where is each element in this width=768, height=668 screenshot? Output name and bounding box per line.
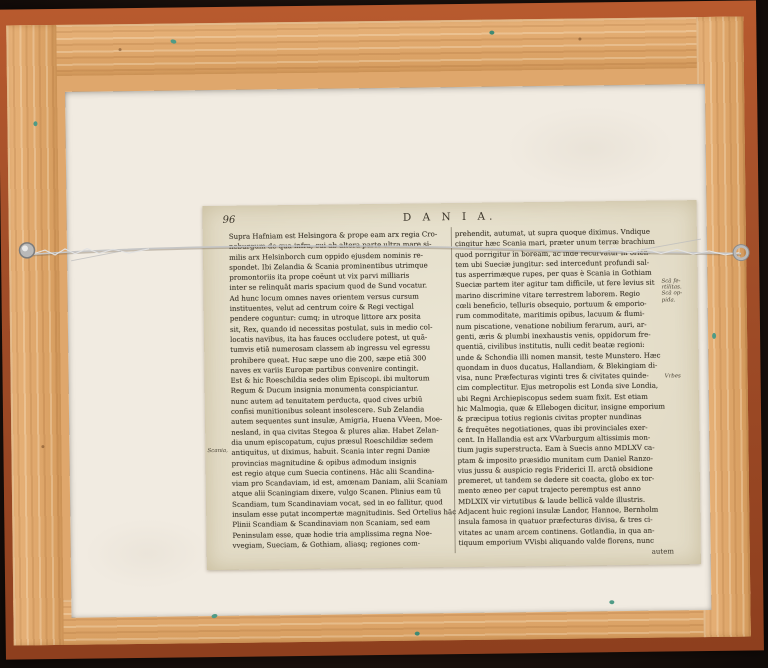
paint-speck [489,31,494,35]
margin-note-left: Scania, [207,448,228,454]
paint-speck [609,600,614,604]
text-column-left: Supra Hafniam est Helsingora & prope eam… [229,229,457,551]
text-column-right: prehendit, autumat, ut supra quoque dixi… [455,226,695,548]
margin-note-right-2: Vrbes [665,373,681,379]
paint-speck [33,121,37,126]
nail-mark [119,48,122,51]
antique-printed-page: 96 D A N I A. Supra Hafniam est Helsingo… [202,200,700,570]
margin-note-right-1: Scā fe- rtilitas. Scā op- pida. [661,278,682,303]
paint-speck [712,333,716,339]
catchword: autem [652,547,674,555]
nail-mark [41,445,44,448]
frame-rail-left [6,25,64,646]
paint-speck [415,632,420,636]
nail-mark [578,38,581,41]
page-title: D A N I A. [203,208,697,226]
frame-stretcher-wood: 96 D A N I A. Supra Hafniam est Helsingo… [6,17,751,646]
picture-frame-back: 96 D A N I A. Supra Hafniam est Helsingo… [0,0,764,659]
mat-backing-board: 96 D A N I A. Supra Hafniam est Helsingo… [65,84,711,618]
frame-rail-top [6,17,744,77]
